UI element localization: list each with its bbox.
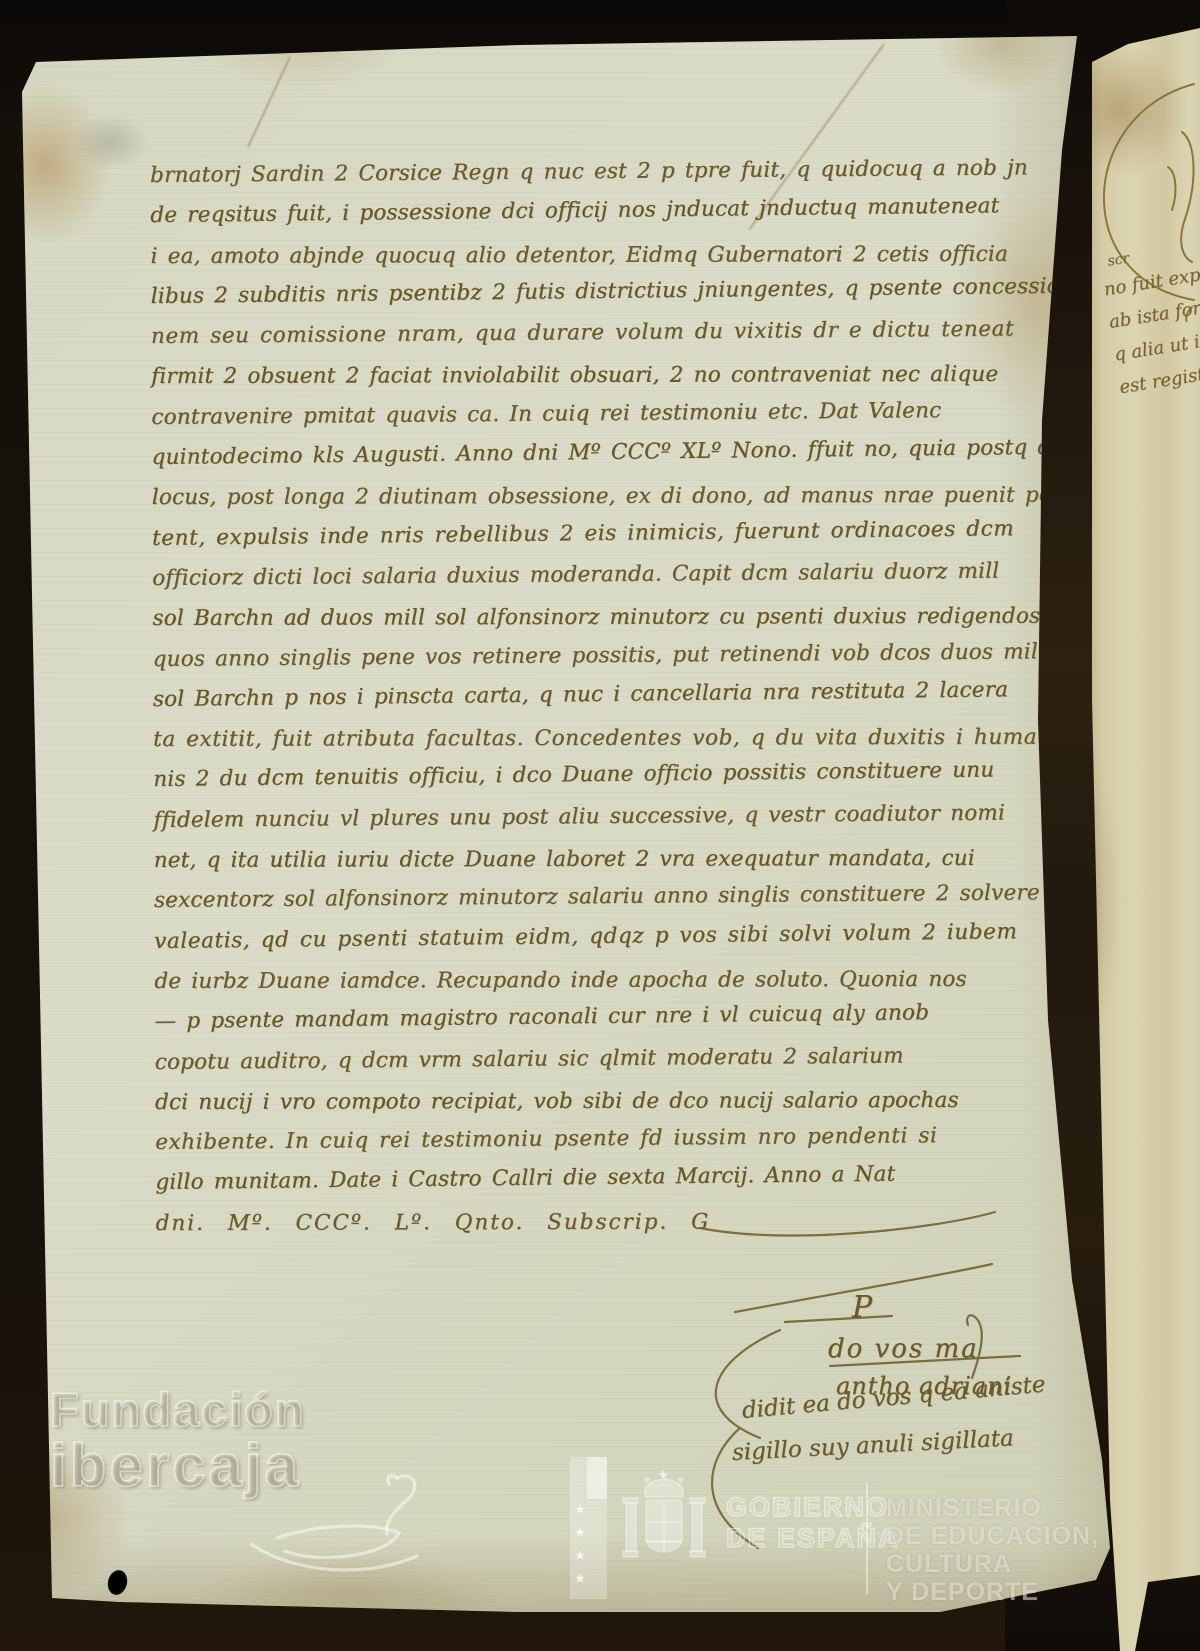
manuscript-photo: brnatorj Sardin 2 Corsice Regn q nuc est… xyxy=(0,0,1200,1651)
manuscript-text-line: — p psente mandam magistro raconali cur … xyxy=(154,992,1054,1043)
flag-star-icon: ★ xyxy=(573,1568,587,1591)
gobierno-line2: DE ESPAÑA xyxy=(726,1523,900,1554)
flag-star-icon: ★ xyxy=(573,1545,587,1568)
manuscript-text-line: gillo munitam. Date i Castro Callri die … xyxy=(155,1153,1055,1204)
spain-coat-of-arms-icon xyxy=(618,1468,710,1574)
flag-bright-field xyxy=(587,1457,607,1499)
watermark-divider xyxy=(866,1482,868,1594)
ministerio-line2: DE EDUCACIÓN, CULTURA xyxy=(886,1522,1200,1578)
manuscript-text-line: nis 2 du dcm tenuitis officiu, i dco Dua… xyxy=(153,750,1053,801)
ministerio-line3: Y DEPORTE xyxy=(886,1578,1200,1606)
swan-logo-icon xyxy=(245,1462,425,1580)
scribe-note-line: do vos ma xyxy=(828,1334,979,1364)
manuscript-text-line: nem seu comissione nram, qua durare volu… xyxy=(151,309,1051,357)
ministerio-watermark: MINISTERIO DE EDUCACIÓN, CULTURA Y DEPOR… xyxy=(886,1494,1200,1606)
flag-star-icon: ★ xyxy=(573,1522,587,1545)
punch-hole xyxy=(105,1568,129,1597)
flag-stars: ★★★★ xyxy=(573,1499,587,1591)
ministerio-line1: MINISTERIO xyxy=(886,1494,1200,1522)
gobierno-line1: GOBIERNO xyxy=(726,1492,900,1523)
manuscript-text-line: officiorz dicti loci salaria duxius mode… xyxy=(152,551,1052,599)
eu-flag-bar-icon: ★★★★ xyxy=(570,1457,607,1599)
flag-star-icon: ★ xyxy=(573,1499,587,1522)
paraph-mark: P xyxy=(852,1290,872,1325)
gobierno-espana-watermark: GOBIERNO DE ESPAÑA xyxy=(726,1492,900,1554)
manuscript-text-line: ffidelem nunciu vl plures unu post aliu … xyxy=(153,793,1053,841)
ibercaja-line1: Fundación xyxy=(50,1382,306,1437)
registration-margin-note: scrno fuit expab ista formq alia ut infe… xyxy=(1098,233,1200,404)
manuscript-text-block: brnatorj Sardin 2 Corsice Regn q nuc est… xyxy=(150,151,1056,1244)
crease-mark xyxy=(247,57,291,148)
manuscript-text-line: de reqsitus fuit, i possessione dci offi… xyxy=(150,186,1050,237)
manuscript-text-line: copotu auditro, q dcm vrm salariu sic ql… xyxy=(155,1035,1055,1083)
